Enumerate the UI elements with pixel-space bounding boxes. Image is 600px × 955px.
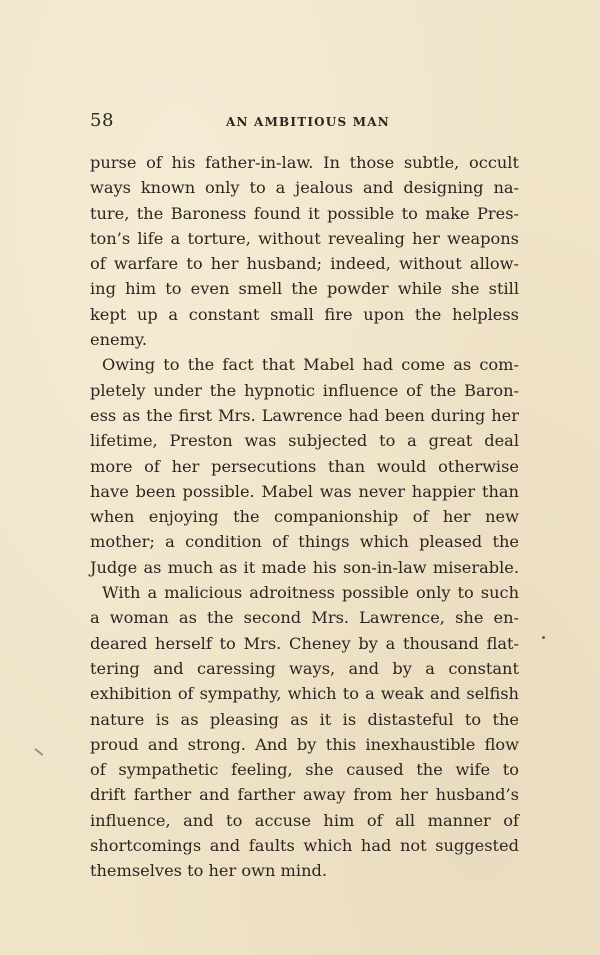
text-line: ture, the Baroness found it possible to … (90, 201, 519, 226)
text-line: proud and strong. And by this inexhausti… (90, 732, 519, 757)
text-line: of warfare to her husband; indeed, witho… (90, 251, 519, 276)
book-page: 58 AN AMBITIOUS MAN purse of his father-… (0, 0, 600, 955)
paragraph: Owing to the fact that Mabel had come as… (90, 352, 519, 580)
text-line: ing him to even smell the powder while s… (90, 276, 519, 301)
text-line: ways known only to a jealous and designi… (90, 175, 519, 200)
text-line: ton’s life a torture, without revealing … (90, 226, 519, 251)
paper-speck (542, 636, 545, 639)
running-title: AN AMBITIOUS MAN (226, 113, 390, 131)
text-line: pletely under the hypnotic influence of … (90, 378, 519, 403)
text-line: kept up a constant small fire upon the h… (90, 302, 519, 327)
body-text: purse of his father-in-law. In those sub… (90, 150, 519, 884)
text-line: With a malicious adroitness possible onl… (90, 580, 519, 605)
text-line: tering and caressing ways, and by a cons… (90, 656, 519, 681)
text-line: purse of his father-in-law. In those sub… (90, 150, 519, 175)
text-line: Judge as much as it made his son-in-law … (90, 555, 519, 580)
text-line: exhibition of sympathy, which to a weak … (90, 681, 519, 706)
text-line: when enjoying the companionship of her n… (90, 504, 519, 529)
text-line: drift farther and farther away from her … (90, 782, 519, 807)
text-line: ess as the first Mrs. Lawrence had been … (90, 403, 519, 428)
text-line: deared herself to Mrs. Cheney by a thous… (90, 631, 519, 656)
paper-mark (35, 748, 44, 755)
text-line: Owing to the fact that Mabel had come as… (90, 352, 519, 377)
paragraph: purse of his father-in-law. In those sub… (90, 150, 519, 352)
text-line: themselves to her own mind. (90, 858, 519, 883)
text-line: nature is as pleasing as it is distastef… (90, 707, 519, 732)
text-line: shortcomings and faults which had not su… (90, 833, 519, 858)
text-line: mother; a condition of things which plea… (90, 529, 519, 554)
text-line: influence, and to accuse him of all mann… (90, 808, 519, 833)
paragraph: With a malicious adroitness possible onl… (90, 580, 519, 884)
text-line: a woman as the second Mrs. Lawrence, she… (90, 605, 519, 630)
text-line: enemy. (90, 327, 519, 352)
text-line: have been possible. Mabel was never happ… (90, 479, 519, 504)
text-line: lifetime, Preston was subjected to a gre… (90, 428, 519, 453)
page-number: 58 (90, 110, 114, 132)
text-line: more of her persecutions than would othe… (90, 454, 519, 479)
running-head: 58 AN AMBITIOUS MAN (90, 110, 520, 134)
text-line: of sympathetic feeling, she caused the w… (90, 757, 519, 782)
